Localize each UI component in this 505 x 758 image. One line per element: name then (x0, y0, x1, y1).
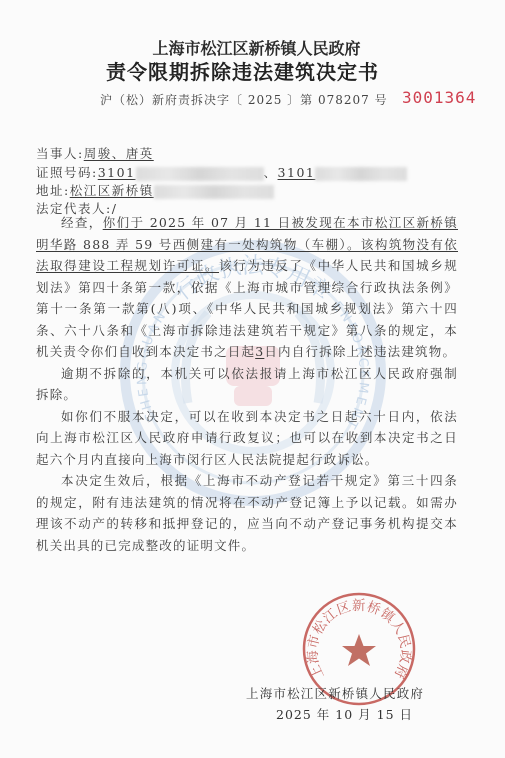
document-page: 行政执法专用章 CHENGGUAN ENFORCEMENT 上海市松江区新桥镇人… (0, 0, 505, 758)
id-separator: 、 (264, 165, 278, 180)
overdue-paragraph: 逾期不拆除的，本机关可以依法报请上海市松江区人民政府强制拆除。 (36, 363, 458, 406)
redaction-block (315, 167, 407, 181)
deadline-days: 3 (255, 344, 264, 359)
party-field: 当事人:周骏、唐英 (36, 144, 154, 162)
findings-paragraph: 经查，你们于 2025 年 07 月 11 日被发现在本市松江区新桥镇明华路 8… (36, 212, 458, 363)
redaction-block (136, 167, 264, 181)
address-field: 地址:松江区新桥镇 (36, 181, 274, 199)
id-label: 证照号码: (36, 165, 98, 180)
decision-body: 经查，你们于 2025 年 07 月 11 日被发现在本市松江区新桥镇明华路 8… (36, 212, 458, 556)
registration-paragraph: 本决定生效后，根据《上海市不动产登记若干规定》第三十四条的规定，附有违法建筑的情… (36, 470, 458, 556)
document-title: 责令限期拆除违法建筑决定书 (0, 56, 505, 85)
id-value-2: 3101 (278, 165, 316, 180)
serial-number: 3001364 (402, 88, 476, 107)
redaction-block (154, 185, 274, 199)
appeal-paragraph: 如你们不服本决定，可以在收到本决定书之日起六十日内，依法向上海市松江区人民政府申… (36, 406, 458, 471)
document-number: 沪（松）新府责拆决字〔 2025 〕第 078207 号 (100, 91, 388, 108)
signature-issuer: 上海市松江区新桥镇人民政府 (246, 684, 424, 702)
party-value: 周骏、唐英 (84, 146, 154, 161)
findings-lead: 经查， (61, 215, 103, 230)
findings-order: 日内自行拆除上述违法建筑物。 (264, 344, 456, 359)
id-number-field: 证照号码:3101、3101 (36, 163, 407, 181)
signature-date: 2025 年 10 月 15 日 (276, 705, 413, 723)
star-icon (342, 634, 376, 666)
address-label: 地址: (36, 183, 70, 198)
address-value: 松江区新桥镇 (70, 183, 154, 198)
party-label: 当事人: (36, 146, 84, 161)
id-value-1: 3101 (98, 165, 136, 180)
